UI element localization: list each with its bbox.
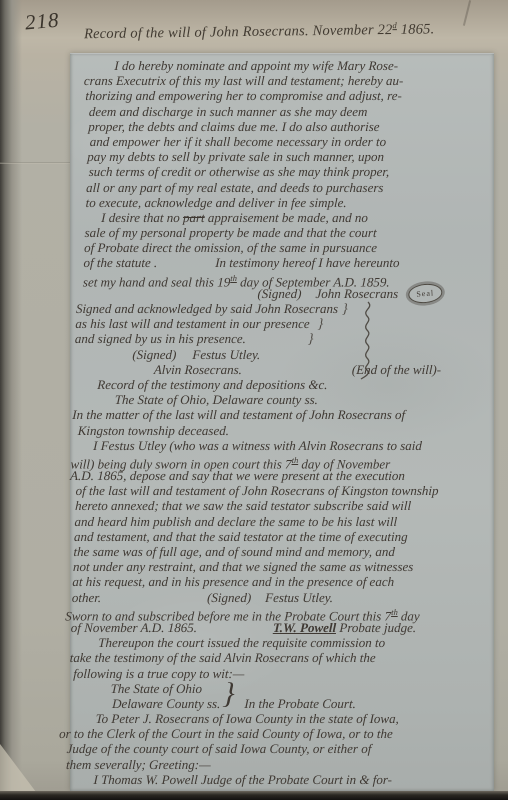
text-segment: Probate judge. (336, 620, 417, 635)
manuscript-line: I Thomas W. Powell Judge of the Probate … (93, 772, 478, 787)
text-segment: at his request, and in his presence and … (72, 574, 394, 589)
text-segment: and testament, and that the said testato… (74, 529, 408, 544)
manuscript-line: at his request, and in his presence and … (72, 574, 485, 589)
manuscript-line: thorizing and empowering her to compromi… (85, 88, 502, 103)
manuscript-line: all or any part of my real estate, and d… (86, 180, 499, 195)
manuscript-line: (Signed)John RosecransSeal (257, 286, 495, 301)
text-segment: Signed and acknowledged by said John Ros… (76, 301, 339, 316)
manuscript-line: and empower her if it shall become neces… (90, 134, 501, 149)
text-segment: Thereupon the court issued the requisite… (98, 635, 385, 650)
text-segment: Judge of the county court of said Iowa C… (66, 741, 371, 756)
manuscript-line: Sworn to and subscribed before me in the… (65, 605, 484, 620)
text-segment: (Signed) (207, 590, 252, 605)
text-segment: of the last will and testament of John R… (75, 483, 438, 498)
manuscript-line: Judge of the county court of said Iowa C… (66, 741, 479, 756)
manuscript-line: Kingston township deceased. (77, 423, 490, 438)
manuscript-line: To Peter J. Rosecrans of Iowa County in … (95, 711, 480, 726)
manuscript-line: the same was of full age, and of sound m… (73, 544, 486, 559)
text-segment: Festus Utley. (265, 590, 333, 605)
text-segment: proper, the debts and claims due me. I d… (88, 119, 380, 134)
paper-crack (463, 0, 471, 26)
manuscript-line: deem and discharge in such manner as she… (89, 104, 502, 119)
record-title: Record of the will of John Rosecrans. No… (84, 20, 435, 44)
text-segment: deem and discharge in such manner as she… (89, 104, 368, 119)
text-segment: Record of the will of John Rosecrans. No… (84, 22, 393, 42)
text-segment: In the matter of the last will and testa… (72, 407, 405, 422)
text-segment: appraisement be made, and no (204, 210, 368, 225)
manuscript-line: other.(Signed)Festus Utley. (72, 590, 485, 605)
manuscript-line: of the statute .In testimony hereof I ha… (83, 255, 496, 270)
text-segment-strike: part (183, 210, 205, 225)
text-segment: The State of Ohio (110, 681, 202, 696)
text-segment: A.D. 1865, depose and say that we were p… (70, 468, 405, 483)
text-segment: and heard him publish and declare the sa… (74, 514, 397, 529)
manuscript-line: The State of Ohio (110, 681, 481, 696)
paper-crease (0, 162, 70, 164)
text-segment-wbr: } (342, 302, 348, 317)
manuscript-line: A.D. 1865, depose and say that we were p… (70, 468, 489, 483)
text-segment: In the Probate Court. (244, 696, 356, 711)
manuscript-line: I desire that no part appraisement be ma… (101, 210, 498, 225)
manuscript-line: not under any restraint, and that we sig… (73, 559, 486, 574)
text-segment: set my hand and seal this 19 (83, 274, 231, 289)
text-segment: to execute, acknowledge and deliver in f… (85, 195, 347, 210)
text-segment: and empower her if it shall become neces… (90, 134, 387, 149)
text-segment-wbr: } (308, 332, 314, 347)
text-segment: all or any part of my real estate, and d… (86, 180, 384, 195)
manuscript-line: of Probate direct the omission, of the s… (84, 240, 497, 255)
manuscript-line: of November A.D. 1865.T.W. Powell Probat… (71, 620, 484, 635)
text-segment: hereto annexed; that we saw the said tes… (75, 498, 412, 513)
document-lines: I do hereby nominate and appoint my wife… (65, 58, 502, 787)
text-segment: The State of Ohio, Delaware county ss. (115, 392, 319, 407)
text-segment: 1865. (397, 21, 435, 38)
manuscript-line: Alvin Rosecrans.(End of the will)- (154, 362, 493, 377)
text-segment: John Rosecrans (315, 286, 398, 301)
manuscript-line: proper, the debts and claims due me. I d… (88, 119, 501, 134)
text-segment: I Thomas W. Powell Judge of the Probate … (93, 772, 392, 787)
text-segment: as his last will and testament in our pr… (75, 316, 310, 331)
text-segment: such terms of credit or otherwise as she… (88, 164, 389, 179)
page-number: 218 (24, 8, 61, 36)
page-bottom-edge (0, 791, 508, 800)
text-segment: them severally; Greeting:— (66, 757, 211, 772)
text-segment: (Signed) (132, 347, 177, 362)
manuscript-line: I Festus Utley (who was a witness with A… (93, 438, 490, 453)
text-segment: To Peter J. Rosecrans of Iowa County in … (95, 711, 399, 726)
text-segment: and signed by us in his presence. (75, 331, 247, 346)
manuscript-line: Signed and acknowledged by said John Ros… (76, 301, 495, 316)
text-segment: Kingston township deceased. (77, 423, 229, 438)
text-segment: not under any restraint, and that we sig… (73, 559, 414, 574)
manuscript-line: and signed by us in his presence.} (75, 331, 494, 346)
text-segment-u: T.W. Powell (273, 620, 337, 635)
text-segment: I desire that no (101, 210, 183, 225)
text-segment: of November A.D. 1865. (71, 620, 198, 635)
manuscript-line: and testament, and that the said testato… (74, 529, 487, 544)
text-segment: of the statute . (83, 255, 157, 270)
text-segment: following is a true copy to wit:— (73, 666, 245, 681)
text-segment: sale of my personal property be made and… (84, 225, 377, 240)
text-segment: Festus Utley. (192, 347, 260, 362)
text-segment: (Signed) (257, 286, 302, 301)
manuscript-line: Delaware County ss.}In the Probate Court… (112, 696, 481, 711)
text-segment: other. (72, 590, 102, 605)
manuscript-line: The State of Ohio, Delaware county ss. (115, 392, 492, 407)
manuscript-line: Record of the testimony and depositions … (97, 377, 492, 392)
manuscript-line: Thereupon the court issued the requisite… (98, 635, 483, 650)
text-segment: Record of the testimony and depositions … (97, 377, 328, 392)
will-record-sheet: I do hereby nominate and appoint my wife… (70, 53, 494, 791)
manuscript-line: such terms of credit or otherwise as she… (88, 164, 499, 179)
manuscript-line: and heard him publish and declare the sa… (74, 514, 487, 529)
text-segment-wbr: } (317, 317, 323, 332)
manuscript-line: In the matter of the last will and testa… (72, 407, 491, 422)
manuscript-line: sale of my personal property be made and… (84, 225, 497, 240)
manuscript-line: take the testimony of the said Alvin Ros… (70, 650, 483, 665)
manuscript-line: will) being duly sworn in open court thi… (70, 453, 489, 468)
text-segment: Delaware County ss. (112, 696, 221, 711)
manuscript-line: as his last will and testament in our pr… (75, 316, 494, 331)
manuscript-line: (Signed)Festus Utley. (132, 347, 493, 362)
manuscript-line: pay my debts to sell by private sale in … (87, 149, 500, 164)
manuscript-line: I do hereby nominate and appoint my wife… (114, 58, 503, 73)
text-segment: Alvin Rosecrans. (154, 362, 243, 377)
text-segment: crans Executrix of this my last will and… (84, 73, 404, 88)
manuscript-line: hereto annexed; that we saw the said tes… (75, 498, 488, 513)
manuscript-line: them severally; Greeting:— (66, 757, 479, 772)
manuscript-line: crans Executrix of this my last will and… (84, 73, 503, 88)
text-segment: I Festus Utley (who was a witness with A… (93, 438, 422, 453)
text-segment: take the testimony of the said Alvin Ros… (70, 650, 376, 665)
text-segment: pay my debts to sell by private sale in … (87, 149, 384, 164)
manuscript-line: following is a true copy to wit:— (73, 666, 482, 681)
text-segment: thorizing and empowering her to compromi… (85, 88, 402, 103)
text-segment: In testimony hereof I have hereunto (215, 255, 400, 270)
manuscript-line: to execute, acknowledge and deliver in f… (85, 195, 498, 210)
attestation-brace-squiggle (358, 300, 374, 380)
text-segment: of Probate direct the omission, of the s… (84, 240, 377, 255)
manuscript-line: or to the Clerk of the Court in the said… (59, 726, 480, 741)
book-binding-edge (0, 0, 22, 800)
text-segment: the same was of full age, and of sound m… (73, 544, 395, 559)
book-page-photo: 218 Record of the will of John Rosecrans… (0, 0, 508, 800)
text-segment: or to the Clerk of the Court in the said… (59, 726, 393, 741)
manuscript-line: of the last will and testament of John R… (75, 483, 488, 498)
text-segment: I do hereby nominate and appoint my wife… (114, 58, 398, 73)
